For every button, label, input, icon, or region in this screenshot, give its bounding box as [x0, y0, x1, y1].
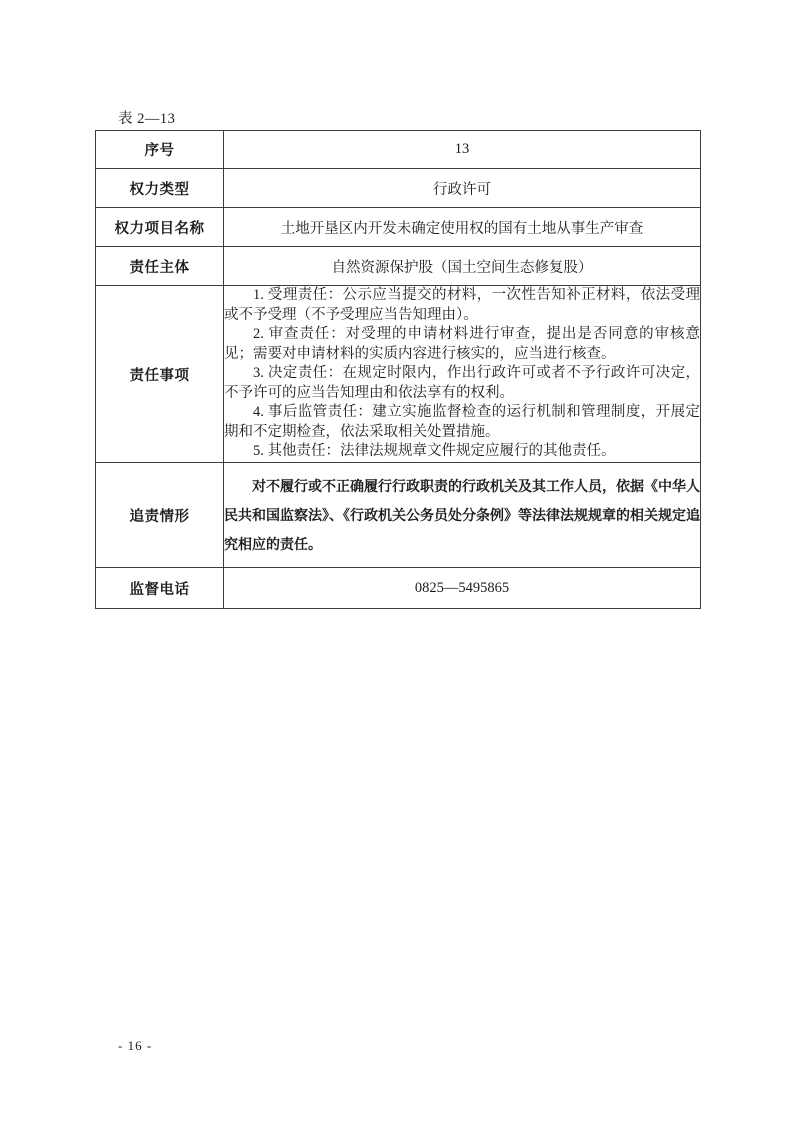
table-row: 权力项目名称 土地开垦区内开发未确定使用权的国有土地从事生产审查 [96, 208, 701, 247]
table-row: 责任主体 自然资源保护股（国土空间生态修复股） [96, 247, 701, 286]
row-label-power-type: 权力类型 [96, 169, 224, 208]
power-responsibility-table: 序号 13 权力类型 行政许可 权力项目名称 土地开垦区内开发未确定使用权的国有… [95, 130, 701, 609]
row-label-accountability-circumstances: 追责情形 [96, 463, 224, 568]
table-row: 责任事项 1. 受理责任：公示应当提交的材料，一次性告知补正材料，依法受理或不予… [96, 286, 701, 463]
responsibility-item-3: 3. 决定责任：在规定时限内，作出行政许可或者不予行政许可决定，不予许可的应当告… [224, 364, 700, 403]
row-value-responsible-entity: 自然资源保护股（国土空间生态修复股） [224, 247, 701, 286]
row-label-power-item-name: 权力项目名称 [96, 208, 224, 247]
table-row: 序号 13 [96, 131, 701, 169]
responsibility-item-2: 2. 审查责任：对受理的申请材料进行审查，提出是否同意的审核意见；需要对申请材料… [224, 325, 700, 364]
page-number: - 16 - [118, 1038, 152, 1054]
row-value-responsibility-items: 1. 受理责任：公示应当提交的材料，一次性告知补正材料，依法受理或不予受理（不予… [224, 286, 701, 463]
responsibility-item-1: 1. 受理责任：公示应当提交的材料，一次性告知补正材料，依法受理或不予受理（不予… [224, 286, 700, 325]
table-caption: 表 2—13 [118, 107, 175, 128]
accountability-paragraph: 对不履行或不正确履行行政职责的行政机关及其工作人员，依据《中华人民共和国监察法》… [224, 472, 700, 559]
row-value-supervision-phone: 0825—5495865 [224, 568, 701, 609]
row-value-power-type: 行政许可 [224, 169, 701, 208]
row-label-responsibility-items: 责任事项 [96, 286, 224, 463]
row-value-serial-number: 13 [224, 131, 701, 169]
row-value-power-item-name: 土地开垦区内开发未确定使用权的国有土地从事生产审查 [224, 208, 701, 247]
row-value-accountability-circumstances: 对不履行或不正确履行行政职责的行政机关及其工作人员，依据《中华人民共和国监察法》… [224, 463, 701, 568]
responsibility-item-5: 5. 其他责任：法律法规规章文件规定应履行的其他责任。 [224, 442, 700, 462]
row-label-responsible-entity: 责任主体 [96, 247, 224, 286]
row-label-serial-number: 序号 [96, 131, 224, 169]
responsibility-item-4: 4. 事后监管责任：建立实施监督检查的运行机制和管理制度，开展定期和不定期检查，… [224, 403, 700, 442]
row-label-supervision-phone: 监督电话 [96, 568, 224, 609]
document-page: 表 2—13 序号 13 权力类型 行政许可 权力项目名称 土地开垦区内开发未确… [0, 0, 793, 1122]
table-row: 权力类型 行政许可 [96, 169, 701, 208]
table-row: 监督电话 0825—5495865 [96, 568, 701, 609]
table-row: 追责情形 对不履行或不正确履行行政职责的行政机关及其工作人员，依据《中华人民共和… [96, 463, 701, 568]
